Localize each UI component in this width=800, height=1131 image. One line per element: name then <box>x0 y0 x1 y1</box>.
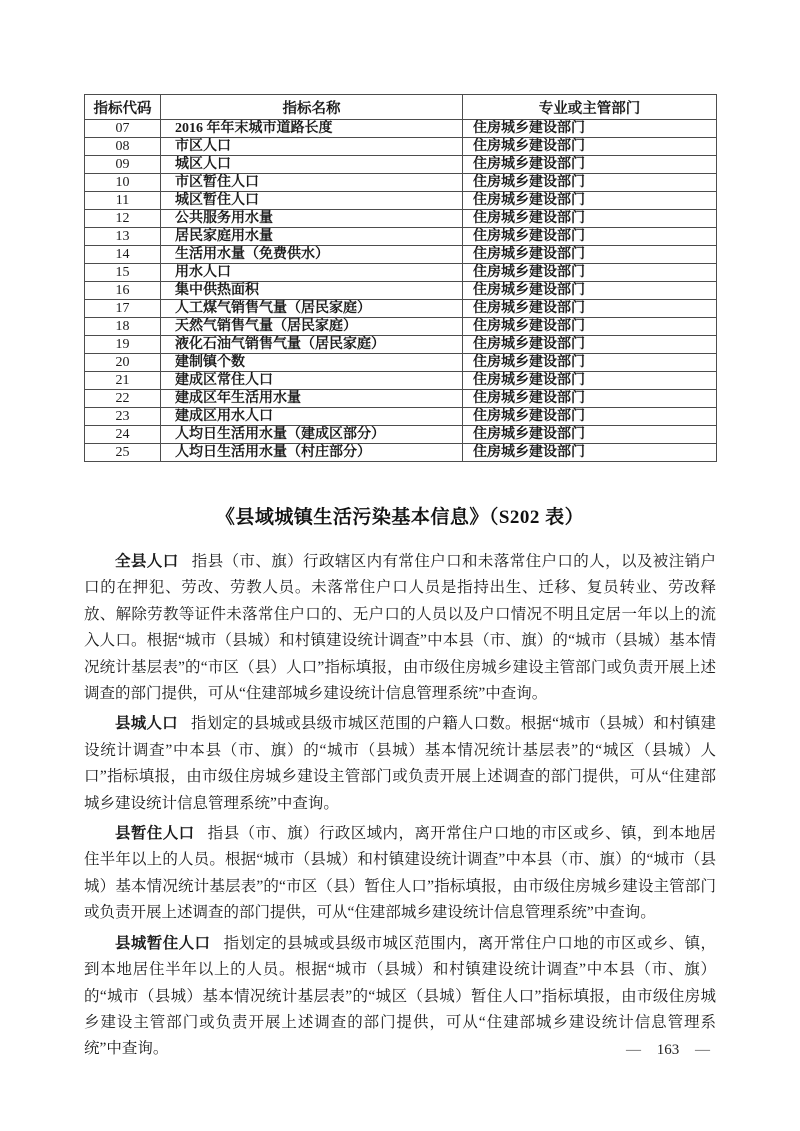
table-row: 10市区暂住人口住房城乡建设部门 <box>85 174 717 192</box>
header-department: 专业或主管部门 <box>463 95 717 120</box>
department: 住房城乡建设部门 <box>463 426 717 444</box>
department: 住房城乡建设部门 <box>463 138 717 156</box>
indicator-name: 人均日生活用水量（建成区部分） <box>161 426 463 444</box>
indicator-name: 建成区年生活用水量 <box>161 390 463 408</box>
indicator-name: 人均日生活用水量（村庄部分） <box>161 444 463 462</box>
indicator-code: 11 <box>85 192 161 210</box>
department: 住房城乡建设部门 <box>463 282 717 300</box>
department: 住房城乡建设部门 <box>463 156 717 174</box>
indicator-name: 居民家庭用水量 <box>161 228 463 246</box>
term-definition: 指划定的县城或县级市城区范围内，离开常住户口地的市区或乡、镇，到本地居住半年以上… <box>84 935 716 1058</box>
department: 住房城乡建设部门 <box>463 336 717 354</box>
department: 住房城乡建设部门 <box>463 444 717 462</box>
indicator-name: 市区人口 <box>161 138 463 156</box>
indicator-name: 市区暂住人口 <box>161 174 463 192</box>
table-row: 24人均日生活用水量（建成区部分）住房城乡建设部门 <box>85 426 717 444</box>
department: 住房城乡建设部门 <box>463 318 717 336</box>
definition-paragraph: 县暂住人口指县（市、旗）行政区域内，离开常住户口地的市区或乡、镇，到本地居住半年… <box>84 821 716 927</box>
table-row: 11城区暂住人口住房城乡建设部门 <box>85 192 717 210</box>
indicator-code: 07 <box>85 120 161 138</box>
indicator-code: 20 <box>85 354 161 372</box>
indicator-code: 14 <box>85 246 161 264</box>
table-row: 17人工煤气销售气量（居民家庭）住房城乡建设部门 <box>85 300 717 318</box>
department: 住房城乡建设部门 <box>463 264 717 282</box>
indicator-code: 23 <box>85 408 161 426</box>
indicator-name: 用水人口 <box>161 264 463 282</box>
indicator-code: 25 <box>85 444 161 462</box>
indicator-code: 21 <box>85 372 161 390</box>
table-row: 21建成区常住人口住房城乡建设部门 <box>85 372 717 390</box>
table-row: 13居民家庭用水量住房城乡建设部门 <box>85 228 717 246</box>
definition-paragraph: 全县人口指县（市、旗）行政辖区内有常住户口和未落常住户口的人，以及被注销户口的在… <box>84 549 716 707</box>
table-row: 19液化石油气销售气量（居民家庭）住房城乡建设部门 <box>85 336 717 354</box>
table-row: 22建成区年生活用水量住房城乡建设部门 <box>85 390 717 408</box>
indicator-code: 19 <box>85 336 161 354</box>
department: 住房城乡建设部门 <box>463 408 717 426</box>
department: 住房城乡建设部门 <box>463 300 717 318</box>
table-row: 072016 年年末城市道路长度住房城乡建设部门 <box>85 120 717 138</box>
indicator-name: 液化石油气销售气量（居民家庭） <box>161 336 463 354</box>
indicator-name: 公共服务用水量 <box>161 210 463 228</box>
term-label: 全县人口 <box>115 553 192 570</box>
document-page: 指标代码 指标名称 专业或主管部门 072016 年年末城市道路长度住房城乡建设… <box>0 0 800 1131</box>
table-row: 12公共服务用水量住房城乡建设部门 <box>85 210 717 228</box>
table-row: 23建成区用水人口住房城乡建设部门 <box>85 408 717 426</box>
table-row: 08市区人口住房城乡建设部门 <box>85 138 717 156</box>
indicator-name: 建成区常住人口 <box>161 372 463 390</box>
header-indicator-name: 指标名称 <box>161 95 463 120</box>
department: 住房城乡建设部门 <box>463 174 717 192</box>
indicator-name: 建成区用水人口 <box>161 408 463 426</box>
section-title: 《县域城镇生活污染基本信息》（S202 表） <box>84 502 716 529</box>
indicator-code: 08 <box>85 138 161 156</box>
term-label: 县城人口 <box>115 715 191 732</box>
table-row: 18天然气销售气量（居民家庭）住房城乡建设部门 <box>85 318 717 336</box>
indicator-name: 城区人口 <box>161 156 463 174</box>
definition-paragraph: 县城人口指划定的县城或县级市城区范围的户籍人口数。根据“城市（县城）和村镇建设统… <box>84 711 716 817</box>
indicator-code: 24 <box>85 426 161 444</box>
department: 住房城乡建设部门 <box>463 354 717 372</box>
indicator-code: 09 <box>85 156 161 174</box>
indicator-code: 10 <box>85 174 161 192</box>
indicator-name: 2016 年年末城市道路长度 <box>161 120 463 138</box>
indicator-name: 集中供热面积 <box>161 282 463 300</box>
indicator-table-body: 072016 年年末城市道路长度住房城乡建设部门08市区人口住房城乡建设部门09… <box>85 120 717 462</box>
indicator-name: 建制镇个数 <box>161 354 463 372</box>
table-header-row: 指标代码 指标名称 专业或主管部门 <box>85 95 717 120</box>
footer-left-dash: — <box>620 1042 647 1058</box>
indicator-code: 17 <box>85 300 161 318</box>
table-row: 25人均日生活用水量（村庄部分）住房城乡建设部门 <box>85 444 717 462</box>
table-row: 09城区人口住房城乡建设部门 <box>85 156 717 174</box>
term-label: 县暂住人口 <box>115 825 208 842</box>
header-indicator-code: 指标代码 <box>85 95 161 120</box>
department: 住房城乡建设部门 <box>463 210 717 228</box>
term-definition: 指县（市、旗）行政辖区内有常住户口和未落常住户口的人，以及被注销户口的在押犯、劳… <box>84 553 716 702</box>
department: 住房城乡建设部门 <box>463 192 717 210</box>
indicator-code: 18 <box>85 318 161 336</box>
indicator-name: 城区暂住人口 <box>161 192 463 210</box>
page-number: 163 <box>651 1042 686 1058</box>
indicator-code: 16 <box>85 282 161 300</box>
indicator-name: 天然气销售气量（居民家庭） <box>161 318 463 336</box>
department: 住房城乡建设部门 <box>463 246 717 264</box>
indicator-name: 人工煤气销售气量（居民家庭） <box>161 300 463 318</box>
indicator-code: 22 <box>85 390 161 408</box>
table-row: 16集中供热面积住房城乡建设部门 <box>85 282 717 300</box>
page-footer: — 163 — <box>84 1042 716 1059</box>
department: 住房城乡建设部门 <box>463 120 717 138</box>
department: 住房城乡建设部门 <box>463 372 717 390</box>
indicator-table: 指标代码 指标名称 专业或主管部门 072016 年年末城市道路长度住房城乡建设… <box>84 94 717 462</box>
department: 住房城乡建设部门 <box>463 390 717 408</box>
term-label: 县城暂住人口 <box>115 935 224 952</box>
indicator-code: 13 <box>85 228 161 246</box>
department: 住房城乡建设部门 <box>463 228 717 246</box>
footer-right-dash: — <box>689 1042 716 1058</box>
table-row: 14生活用水量（免费供水）住房城乡建设部门 <box>85 246 717 264</box>
table-row: 15用水人口住房城乡建设部门 <box>85 264 717 282</box>
indicator-code: 12 <box>85 210 161 228</box>
definitions: 全县人口指县（市、旗）行政辖区内有常住户口和未落常住户口的人，以及被注销户口的在… <box>84 549 716 1067</box>
table-row: 20建制镇个数住房城乡建设部门 <box>85 354 717 372</box>
indicator-name: 生活用水量（免费供水） <box>161 246 463 264</box>
indicator-code: 15 <box>85 264 161 282</box>
